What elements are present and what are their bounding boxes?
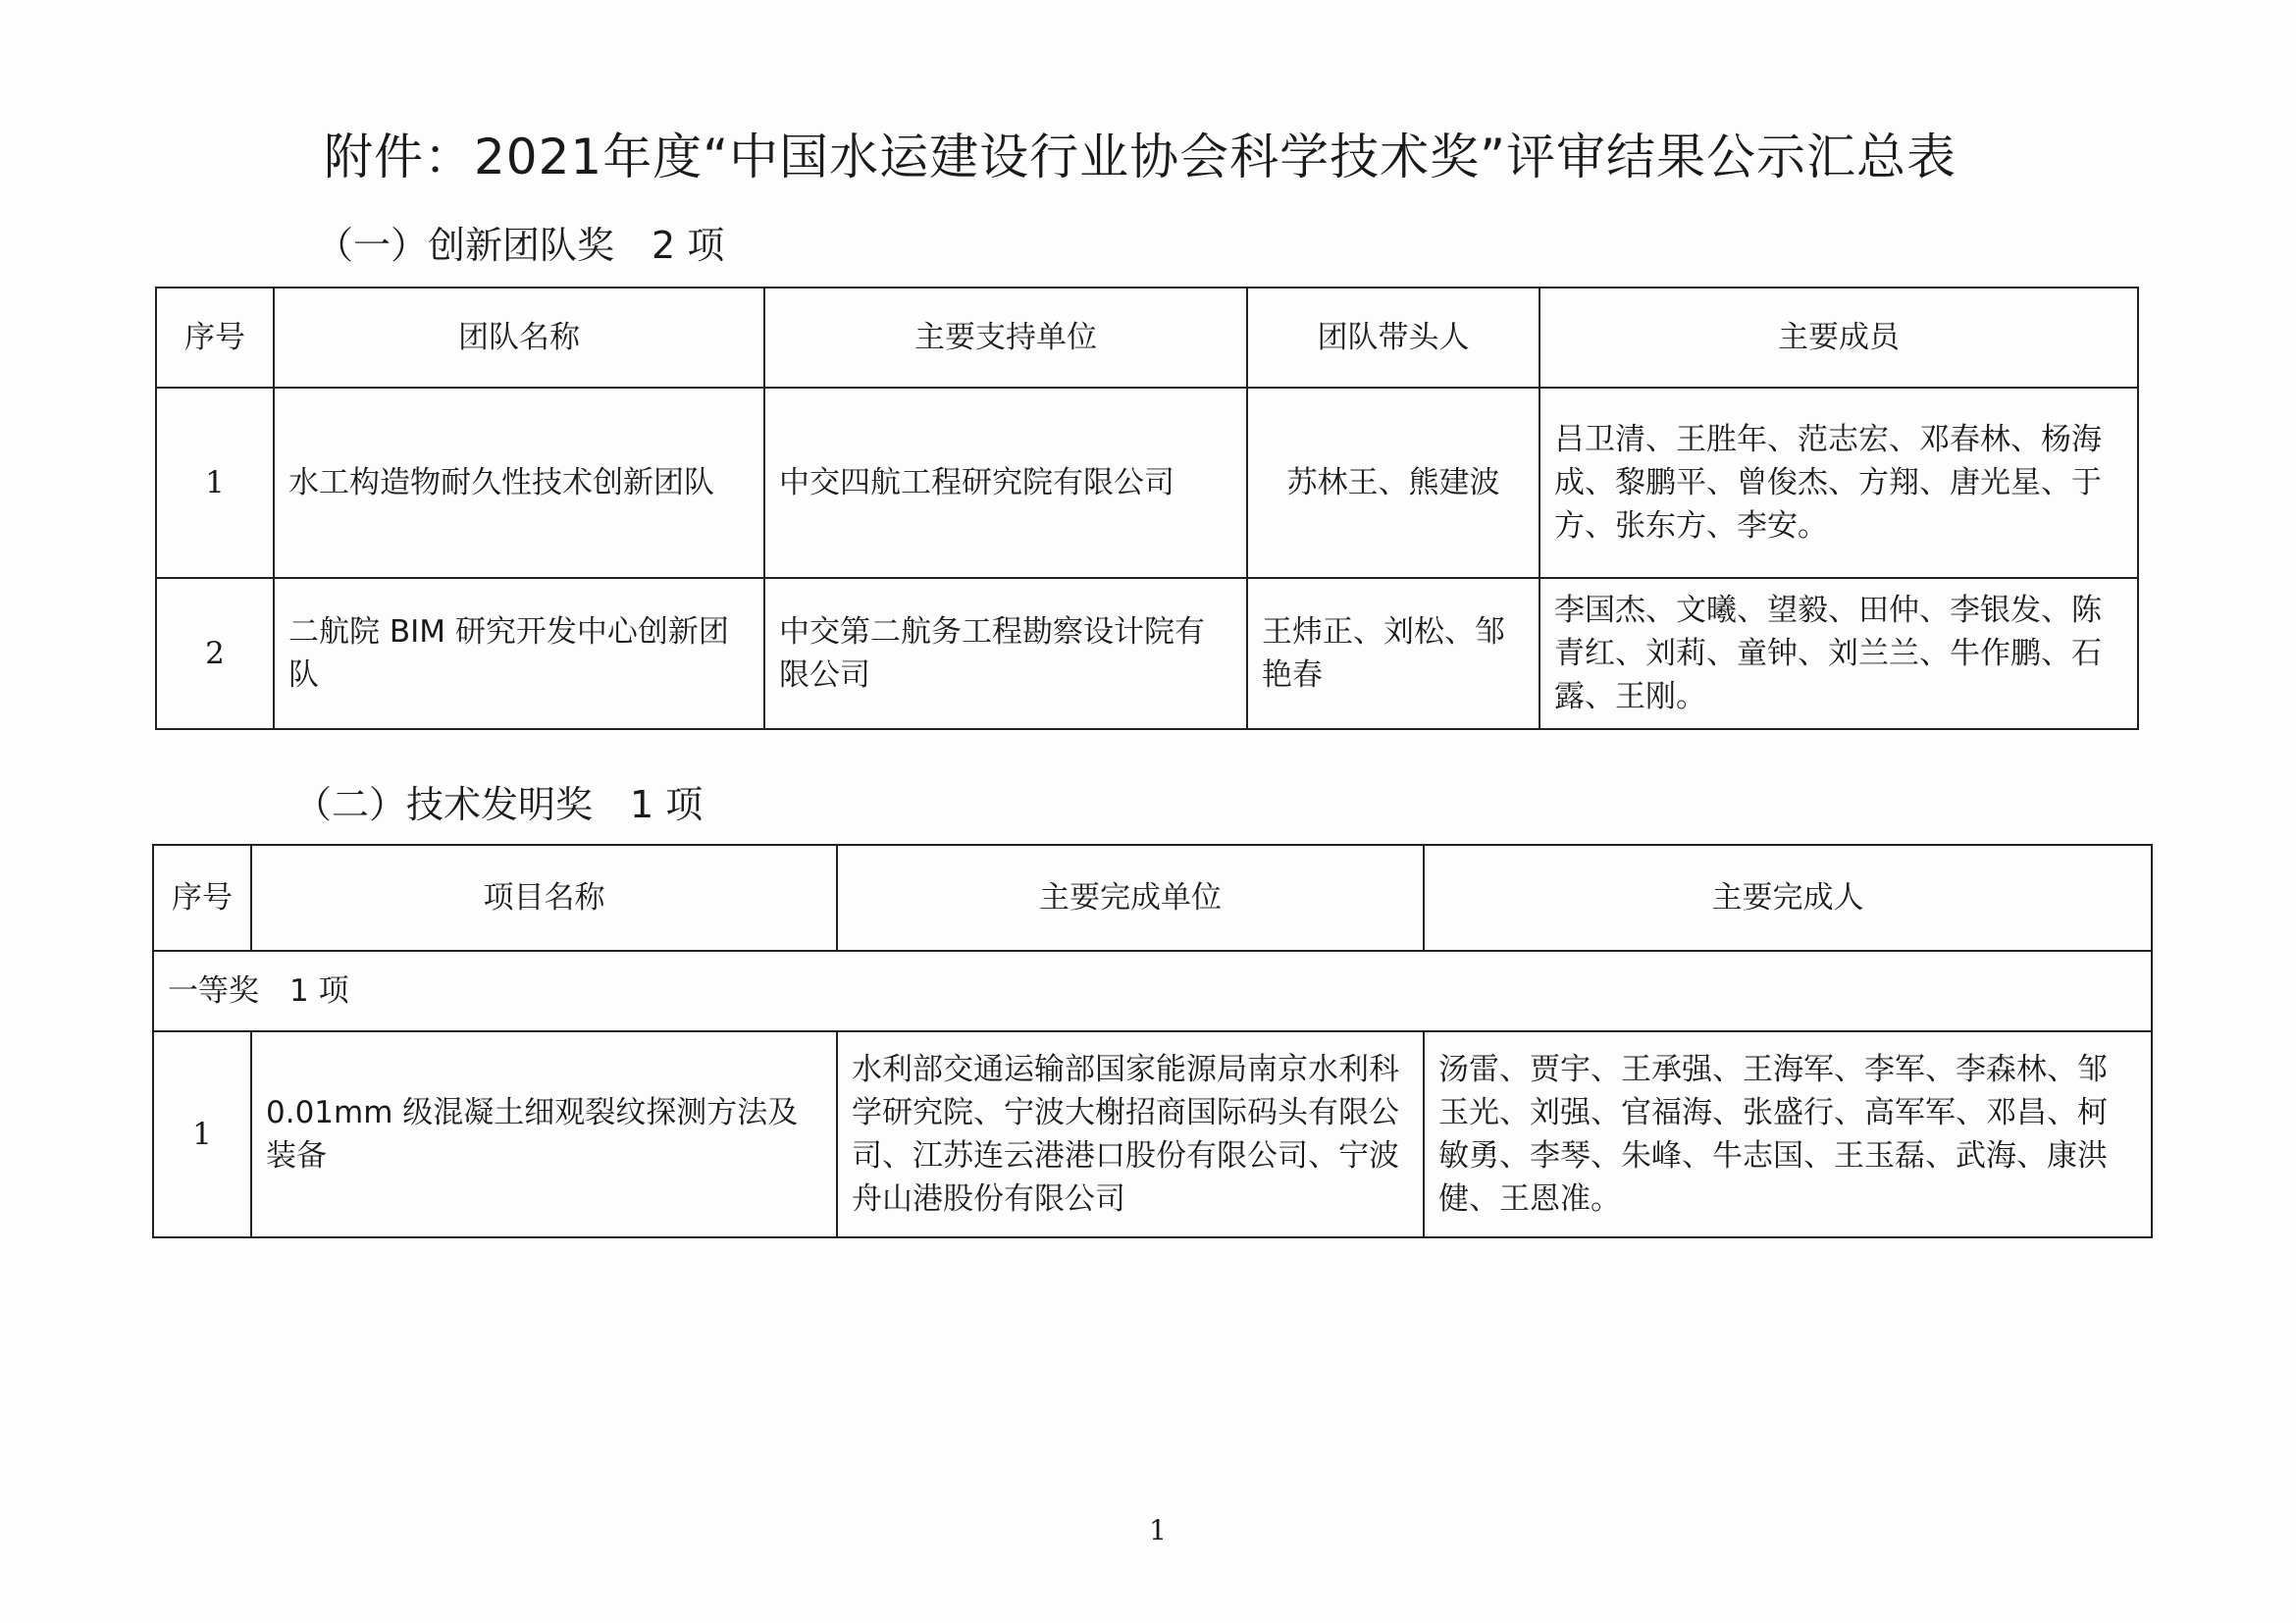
table-row: 1 0.01mm 级混凝土细观裂纹探测方法及装备 水利部交通运输部国家能源局南京…: [153, 1031, 2152, 1237]
main-members: 李国杰、文曦、望毅、田仲、李银发、陈青红、刘莉、童钟、刘兰兰、牛作鹏、石露、王刚…: [1539, 578, 2138, 729]
team-name: 二航院 BIM 研究开发中心创新团队: [274, 578, 764, 729]
technical-invention-table: 序号 项目名称 主要完成单位 主要完成人 一等奖 1 项 1 0.01mm 级混…: [152, 844, 2153, 1238]
support-unit: 中交四航工程研究院有限公司: [764, 388, 1247, 578]
completing-people: 汤雷、贾宇、王承强、王海军、李军、李森林、邹玉光、刘强、官福海、张盛行、高军军、…: [1424, 1031, 2152, 1237]
award-level-row: 一等奖 1 项: [153, 951, 2152, 1031]
team-name: 水工构造物耐久性技术创新团队: [274, 388, 764, 578]
header-project-name: 项目名称: [251, 845, 837, 951]
header-support-unit: 主要支持单位: [764, 288, 1247, 388]
support-unit: 中交第二航务工程勘察设计院有限公司: [764, 578, 1247, 729]
header-completing-people: 主要完成人: [1424, 845, 2152, 951]
section-heading-innovation-team: （一）创新团队奖 2 项: [316, 218, 724, 273]
document-title: 附件：2021年度“中国水运建设行业协会科学技术奖”评审结果公示汇总表: [324, 118, 1972, 196]
main-members: 吕卫清、王胜年、范志宏、邓春林、杨海成、黎鹏平、曾俊杰、方翔、唐光星、于方、张东…: [1539, 388, 2138, 578]
header-no: 序号: [156, 288, 274, 388]
section-heading-technical-invention: （二）技术发明奖 1 项: [294, 777, 703, 832]
row-no: 1: [153, 1031, 251, 1237]
page-number: 1: [1138, 1511, 1177, 1550]
project-name: 0.01mm 级混凝土细观裂纹探测方法及装备: [251, 1031, 837, 1237]
innovation-team-table: 序号 团队名称 主要支持单位 团队带头人 主要成员 1 水工构造物耐久性技术创新…: [155, 287, 2139, 730]
table-row: 2 二航院 BIM 研究开发中心创新团队 中交第二航务工程勘察设计院有限公司 王…: [156, 578, 2138, 729]
row-no: 2: [156, 578, 274, 729]
header-no: 序号: [153, 845, 251, 951]
row-no: 1: [156, 388, 274, 578]
table-header-row: 序号 团队名称 主要支持单位 团队带头人 主要成员: [156, 288, 2138, 388]
header-team-name: 团队名称: [274, 288, 764, 388]
header-team-leader: 团队带头人: [1247, 288, 1539, 388]
header-completing-unit: 主要完成单位: [837, 845, 1424, 951]
table-header-row: 序号 项目名称 主要完成单位 主要完成人: [153, 845, 2152, 951]
team-leader: 王炜正、刘松、邹艳春: [1247, 578, 1539, 729]
completing-unit: 水利部交通运输部国家能源局南京水利科学研究院、宁波大榭招商国际码头有限公司、江苏…: [837, 1031, 1424, 1237]
table-row: 1 水工构造物耐久性技术创新团队 中交四航工程研究院有限公司 苏林王、熊建波 吕…: [156, 388, 2138, 578]
header-main-members: 主要成员: [1539, 288, 2138, 388]
team-leader: 苏林王、熊建波: [1247, 388, 1539, 578]
award-level-heading: 一等奖 1 项: [153, 951, 2152, 1031]
